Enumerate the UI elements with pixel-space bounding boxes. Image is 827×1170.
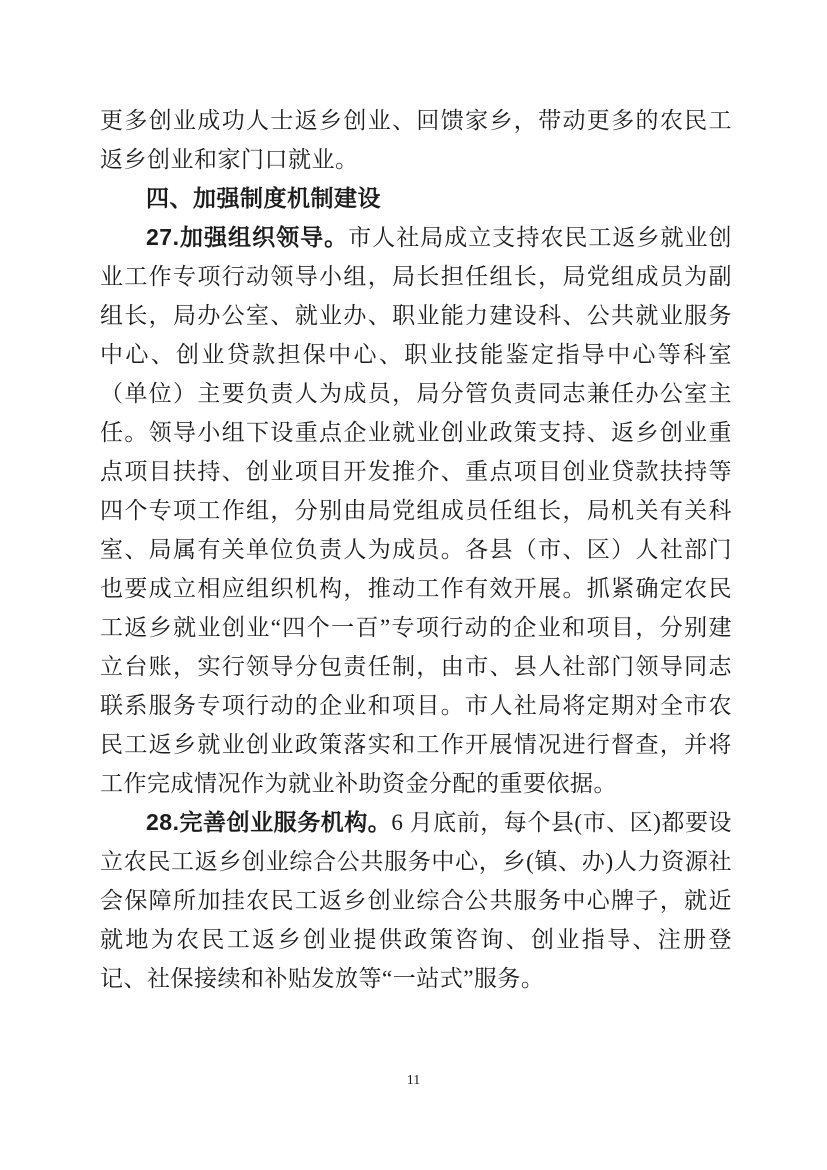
paragraph-27-text: 市人社局成立支持农民工返乡就业创业工作专项行动领导小组，局长担任组长，局党组成员… — [100, 225, 732, 796]
paragraph-27-lead: 27.加强组织领导。 — [146, 224, 348, 250]
paragraph-28-lead: 28.完善创业服务机构。 — [146, 809, 391, 835]
section-heading: 四、加强制度机制建设 — [100, 179, 732, 218]
paragraph-28-text: 6 月底前，每个县(市、区)都要设立农民工返乡创业综合公共服务中心，乡(镇、办)… — [100, 810, 732, 991]
paragraph-continuation: 更多创业成功人士返乡创业、回馈家乡，带动更多的农民工返乡创业和家门口就业。 — [100, 101, 732, 179]
paragraph-28: 28.完善创业服务机构。6 月底前，每个县(市、区)都要设立农民工返乡创业综合公… — [100, 803, 732, 998]
document-page: 更多创业成功人士返乡创业、回馈家乡，带动更多的农民工返乡创业和家门口就业。 四、… — [0, 0, 827, 1170]
paragraph-27: 27.加强组织领导。市人社局成立支持农民工返乡就业创业工作专项行动领导小组，局长… — [100, 218, 732, 803]
document-body: 更多创业成功人士返乡创业、回馈家乡，带动更多的农民工返乡创业和家门口就业。 四、… — [100, 101, 732, 998]
page-number: 11 — [0, 1072, 827, 1090]
